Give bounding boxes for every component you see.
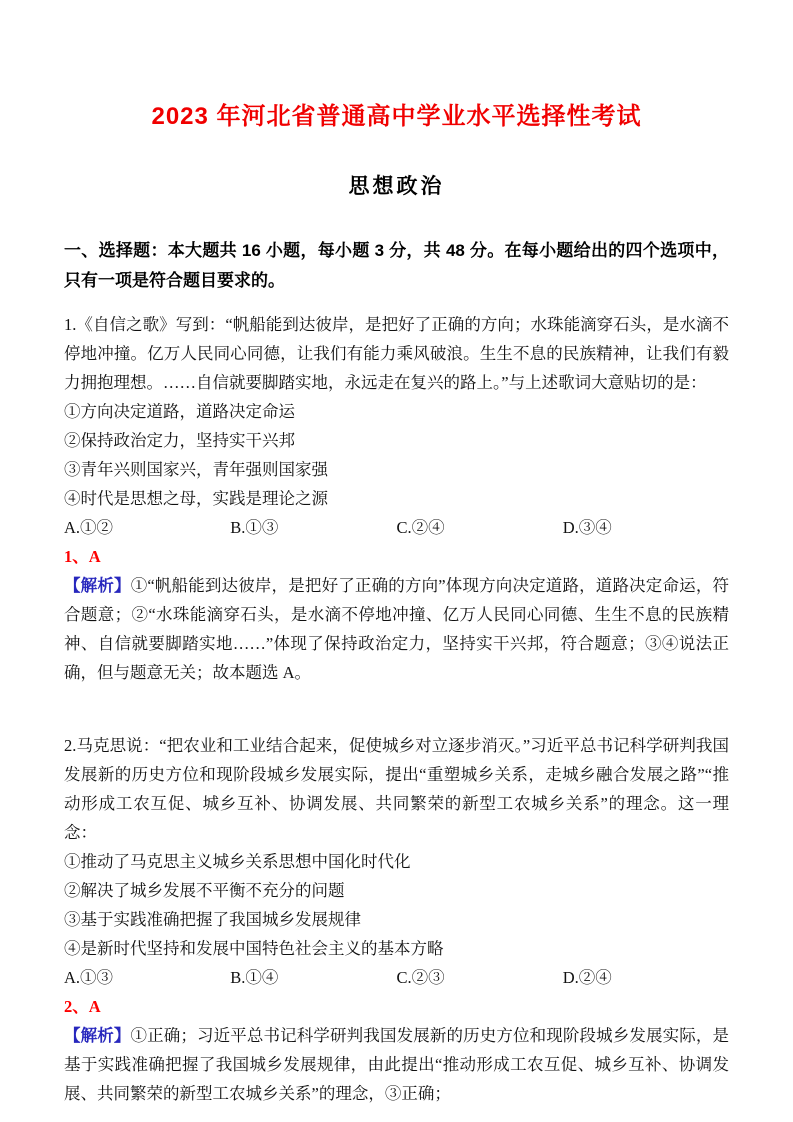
question-2-statement-3: ③基于实践准确把握了我国城乡发展规律 xyxy=(64,905,729,934)
question-2-analysis: 【解析】①正确；习近平总书记科学研判我国发展新的历史方位和现阶段城乡发展实际，是… xyxy=(64,1021,729,1108)
question-2-stem: 2.马克思说：“把农业和工业结合起来，促使城乡对立逐步消灭。”习近平总书记科学研… xyxy=(64,731,729,847)
question-2-statement-1: ①推动了马克思主义城乡关系思想中国化时代化 xyxy=(64,847,729,876)
question-1-statement-3: ③青年兴则国家兴，青年强则国家强 xyxy=(64,455,729,484)
question-2-statement-2: ②解决了城乡发展不平衡不充分的问题 xyxy=(64,876,729,905)
question-1: 1.《自信之歌》写到：“帆船能到达彼岸，是把好了正确的方向；水珠能滴穿石头，是水… xyxy=(64,310,729,687)
question-2-statement-4: ④是新时代坚持和发展中国特色社会主义的基本方略 xyxy=(64,934,729,963)
exam-subject-title: 思想政治 xyxy=(64,172,729,200)
question-1-choice-d: D.③④ xyxy=(563,513,729,542)
question-1-choice-c: C.②④ xyxy=(397,513,563,542)
question-1-analysis-text: ①“帆船能到达彼岸，是把好了正确的方向”体现方向决定道路，道路决定命运，符合题意… xyxy=(64,576,729,682)
analysis-label: 【解析】 xyxy=(64,1026,131,1045)
question-2: 2.马克思说：“把农业和工业结合起来，促使城乡对立逐步消灭。”习近平总书记科学研… xyxy=(64,731,729,1108)
question-1-analysis: 【解析】①“帆船能到达彼岸，是把好了正确的方向”体现方向决定道路，道路决定命运，… xyxy=(64,571,729,687)
question-2-answer: 2、A xyxy=(64,992,729,1021)
question-2-choice-b: B.①④ xyxy=(230,963,396,992)
exam-document-page: 2023 年河北省普通高中学业水平选择性考试 思想政治 一、选择题：本大题共 1… xyxy=(0,0,793,1122)
question-2-analysis-text: ①正确；习近平总书记科学研判我国发展新的历史方位和现阶段城乡发展实际，是基于实践… xyxy=(64,1026,729,1103)
question-1-statement-2: ②保持政治定力，坚持实干兴邦 xyxy=(64,426,729,455)
question-2-choice-d: D.②④ xyxy=(563,963,729,992)
question-2-choices: A.①③ B.①④ C.②③ D.②④ xyxy=(64,963,729,992)
exam-title: 2023 年河北省普通高中学业水平选择性考试 xyxy=(64,100,729,134)
question-1-statement-1: ①方向决定道路，道路决定命运 xyxy=(64,397,729,426)
question-1-statement-4: ④时代是思想之母，实践是理论之源 xyxy=(64,484,729,513)
question-1-stem: 1.《自信之歌》写到：“帆船能到达彼岸，是把好了正确的方向；水珠能滴穿石头，是水… xyxy=(64,310,729,397)
question-1-choice-b: B.①③ xyxy=(230,513,396,542)
question-1-choices: A.①② B.①③ C.②④ D.③④ xyxy=(64,513,729,542)
analysis-label: 【解析】 xyxy=(64,576,131,595)
question-2-choice-a: A.①③ xyxy=(64,963,230,992)
question-1-choice-a: A.①② xyxy=(64,513,230,542)
question-1-answer: 1、A xyxy=(64,542,729,571)
question-2-choice-c: C.②③ xyxy=(397,963,563,992)
section-one-instructions: 一、选择题：本大题共 16 小题，每小题 3 分，共 48 分。在每小题给出的四… xyxy=(64,236,729,296)
